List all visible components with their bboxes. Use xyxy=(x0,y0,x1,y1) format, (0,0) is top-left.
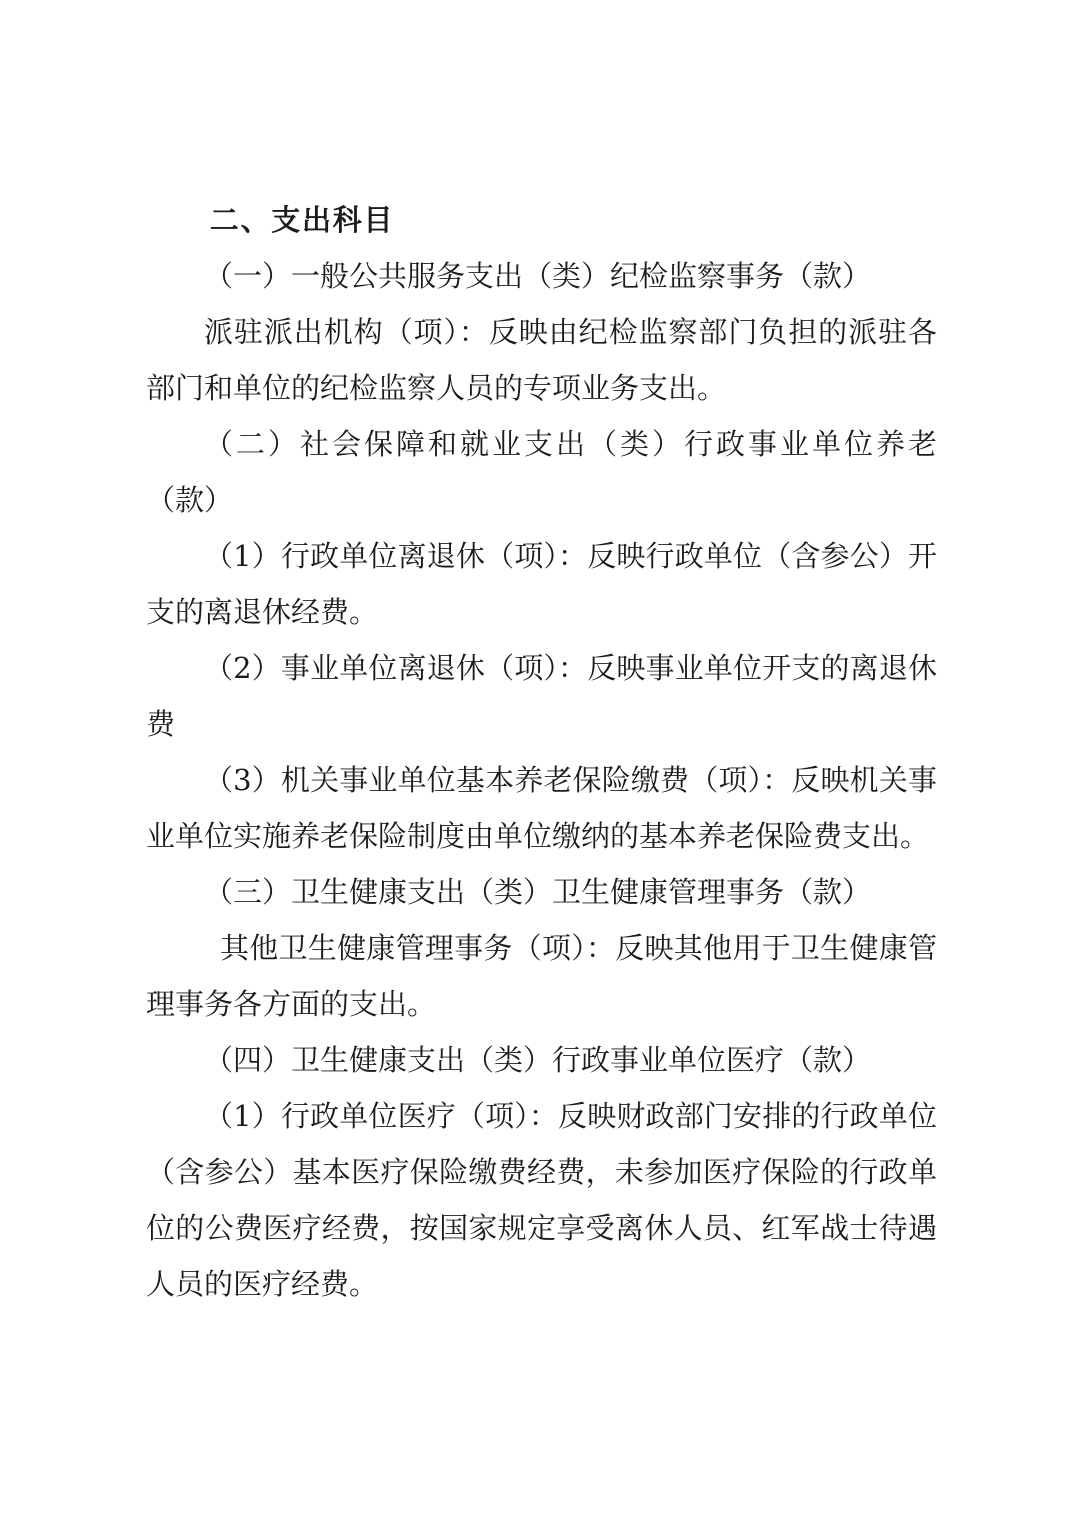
paragraph-category-4-title: （四）卫生健康支出（类）行政事业单位医疗（款） xyxy=(146,1032,937,1088)
paragraph-category-2-item-3: （3）机关事业单位基本养老保险缴费（项）：反映机关事业单位实施养老保险制度由单位… xyxy=(146,752,937,864)
document-page: 二、支出科目 （一）一般公共服务支出（类）纪检监察事务（款） 派驻派出机构（项）… xyxy=(0,0,1074,1520)
paragraph-category-2-title: （二）社会保障和就业支出（类）行政事业单位养老（款） xyxy=(146,416,937,528)
paragraph-category-2-item-2: （2）事业单位离退休（项）：反映事业单位开支的离退休费 xyxy=(146,640,937,752)
section-heading: 二、支出科目 xyxy=(146,192,937,248)
paragraph-category-3-title: （三）卫生健康支出（类）卫生健康管理事务（款） xyxy=(146,864,937,920)
paragraph-category-4-item-1: （1）行政单位医疗（项）：反映财政部门安排的行政单位（含参公）基本医疗保险缴费经… xyxy=(146,1088,937,1312)
paragraph-category-3-item: 其他卫生健康管理事务（项）：反映其他用于卫生健康管理事务各方面的支出。 xyxy=(146,920,937,1032)
paragraph-category-1-item: 派驻派出机构（项）：反映由纪检监察部门负担的派驻各部门和单位的纪检监察人员的专项… xyxy=(146,304,937,416)
paragraph-category-2-item-1: （1）行政单位离退休（项）：反映行政单位（含参公）开支的离退休经费。 xyxy=(146,528,937,640)
paragraph-category-1-title: （一）一般公共服务支出（类）纪检监察事务（款） xyxy=(146,248,937,304)
